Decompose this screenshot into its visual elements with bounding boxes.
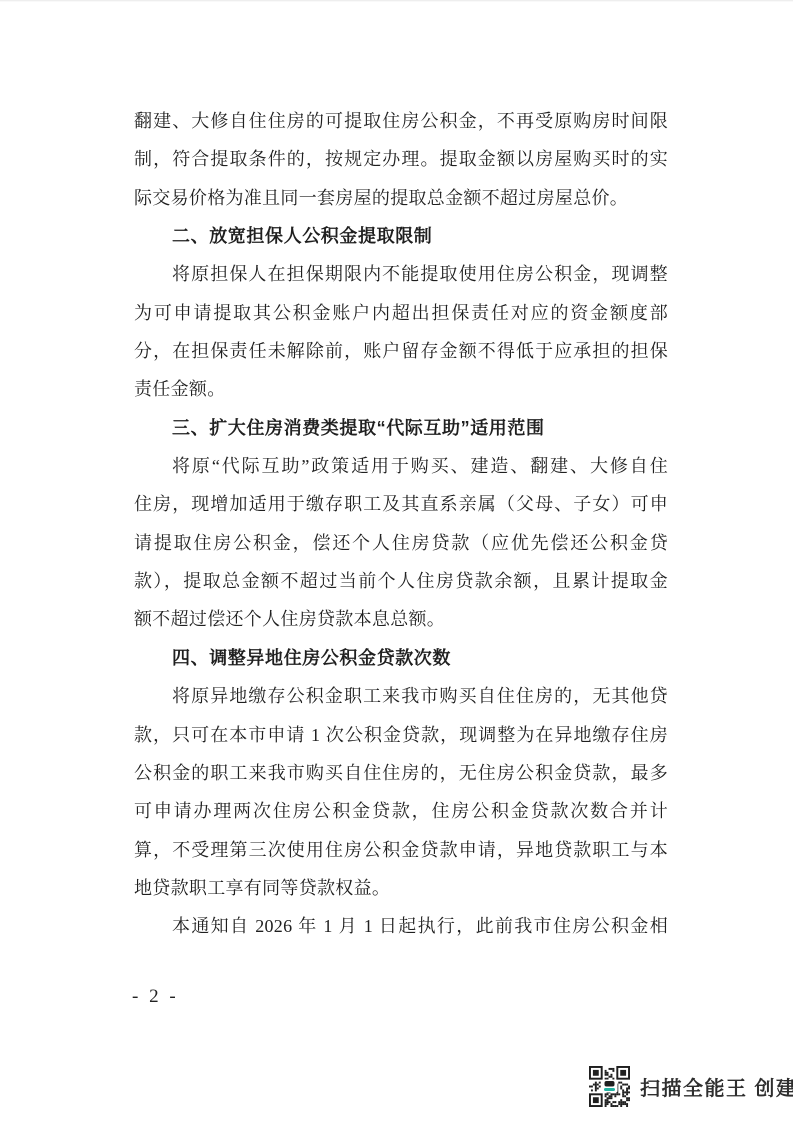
text-line: 住房，现增加适用于缴存职工及其直系亲属（父母、子女）可申 [134, 485, 668, 523]
document-body: 翻建、大修自住住房的可提取住房公积金，不再受原购房时间限 制，符合提取条件的，按… [134, 102, 668, 946]
section-heading-2: 二、放宽担保人公积金提取限制 [134, 217, 668, 255]
text-line: 分，在担保责任未解除前，账户留存金额不得低于应承担的担保 [134, 332, 668, 370]
text-line: 可申请办理两次住房公积金贷款，住房公积金贷款次数合并计 [134, 792, 668, 830]
scan-watermark: 扫描全能王 创建 [589, 1066, 793, 1107]
text-line: 际交易价格为准且同一套房屋的提取总金额不超过房屋总价。 [134, 179, 668, 217]
text-line: 责任金额。 [134, 370, 668, 408]
text-line: 地贷款职工享有同等贷款权益。 [134, 869, 668, 907]
text-line: 将原担保人在担保期限内不能提取使用住房公积金，现调整 [134, 255, 668, 293]
text-line: 公积金的职工来我市购买自住住房的，无住房公积金贷款，最多 [134, 754, 668, 792]
text-line: 款，只可在本市申请 1 次公积金贷款，现调整为在异地缴存住房 [134, 716, 668, 754]
section-heading-4: 四、调整异地住房公积金贷款次数 [134, 639, 668, 677]
qr-code-icon [589, 1066, 630, 1107]
text-line: 为可申请提取其公积金账户内超出担保责任对应的资金额度部 [134, 294, 668, 332]
text-line: 本通知自 2026 年 1 月 1 日起执行，此前我市住房公积金相 [134, 907, 668, 945]
text-line: 将原异地缴存公积金职工来我市购买自住住房的，无其他贷 [134, 677, 668, 715]
text-line: 将原“代际互助”政策适用于购买、建造、翻建、大修自住 [134, 447, 668, 485]
section-heading-3: 三、扩大住房消费类提取“代际互助”适用范围 [134, 409, 668, 447]
text-line: 款），提取总金额不超过当前个人住房贷款余额，且累计提取金 [134, 562, 668, 600]
watermark-text: 扫描全能王 创建 [640, 1072, 793, 1101]
text-line: 制，符合提取条件的，按规定办理。提取金额以房屋购买时的实 [134, 140, 668, 178]
scan-edge-artifact [0, 0, 793, 2]
text-line: 算，不受理第三次使用住房公积金贷款申请，异地贷款职工与本 [134, 831, 668, 869]
text-line: 请提取住房公积金，偿还个人住房贷款（应优先偿还公积金贷 [134, 524, 668, 562]
text-line: 额不超过偿还个人住房贷款本息总额。 [134, 600, 668, 638]
text-line: 翻建、大修自住住房的可提取住房公积金，不再受原购房时间限 [134, 102, 668, 140]
page-number: - 2 - [132, 986, 179, 1008]
